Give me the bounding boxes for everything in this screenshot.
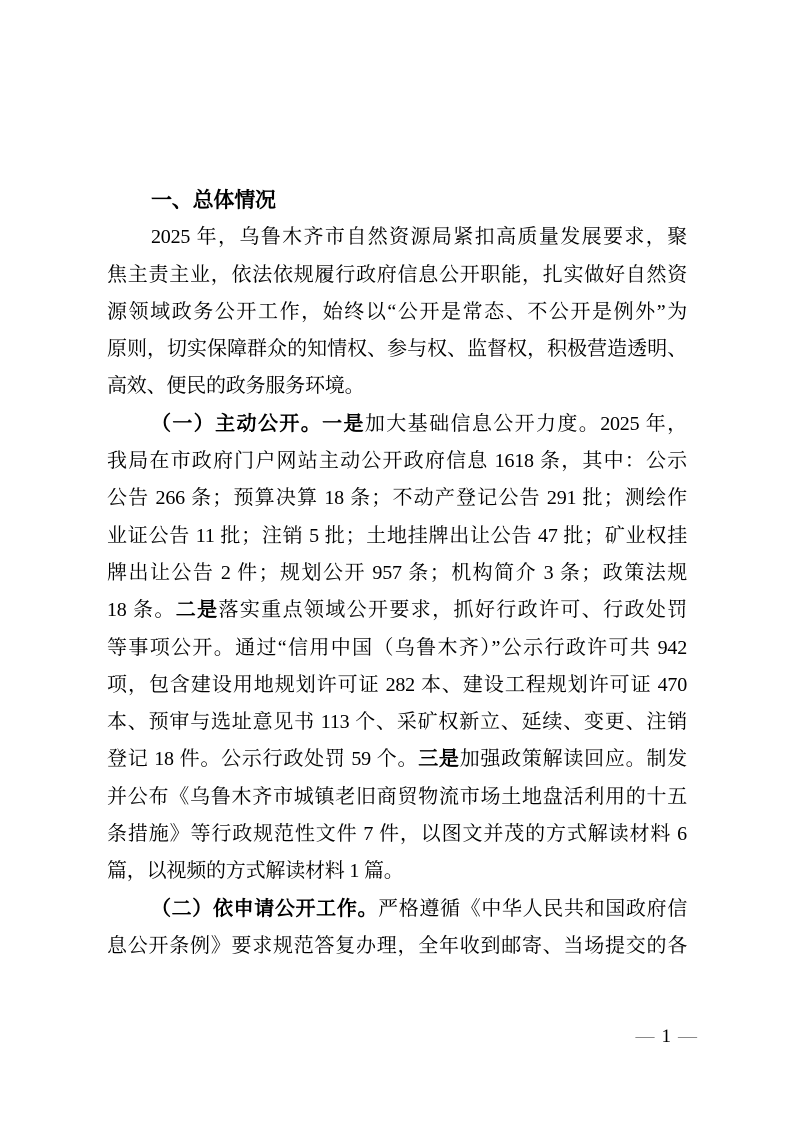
text-line: 18 条。二是落实重点领域公开要求，抓好行政许可、行政处罚 — [107, 592, 687, 629]
document-body: 一、总体情况 2025 年，乌鲁木齐市自然资源局紧扣高质量发展要求，聚 焦主责主… — [107, 182, 687, 965]
text-run: 18 条。 — [107, 599, 176, 621]
text-line: 高效、便民的政务服务环境。 — [107, 368, 687, 405]
page-number: 1 — [662, 1026, 672, 1047]
footer-dash-right: — — [678, 1026, 697, 1047]
bold-run: （一）主动公开。 — [151, 413, 322, 435]
text-line: 篇，以视频的方式解读材料 1 篇。 — [107, 853, 687, 890]
text-line: 我局在市政府门户网站主动公开政府信息 1618 条，其中：公示 — [107, 443, 687, 480]
text-line: 原则，切实保障群众的知情权、参与权、监督权，积极营造透明、 — [107, 331, 687, 368]
text-line: 公告 266 条；预算决算 18 条；不动产登记公告 291 批；测绘作 — [107, 480, 687, 517]
text-run: 落实重点领域公开要求，抓好行政许可、行政处罚 — [218, 599, 687, 621]
text-line: 条措施》等行政规范性文件 7 件，以图文并茂的方式解读材料 6 — [107, 816, 687, 853]
bold-run: 二是 — [176, 599, 219, 621]
text-line: 息公开条例》要求规范答复办理，全年收到邮寄、当场提交的各 — [107, 928, 687, 965]
text-line: （二）依申请公开工作。严格遵循《中华人民共和国政府信 — [107, 891, 687, 928]
text-line: 登记 18 件。公示行政处罚 59 个。三是加强政策解读回应。制发 — [107, 741, 687, 778]
text-line: 2025 年，乌鲁木齐市自然资源局紧扣高质量发展要求，聚 — [107, 219, 687, 256]
text-run: 加强政策解读回应。制发 — [460, 748, 687, 770]
text-run: 严格遵循《中华人民共和国政府信 — [378, 898, 687, 920]
text-line: 本、预审与选址意见书 113 个、采矿权新立、延续、变更、注销 — [107, 704, 687, 741]
text-run: 登记 18 件。公示行政处罚 59 个。 — [107, 748, 418, 770]
footer-dash-left: — — [636, 1026, 655, 1047]
page-footer: —1— — [636, 1026, 698, 1048]
text-line: 项，包含建设用地规划许可证 282 本、建设工程规划许可证 470 — [107, 667, 687, 704]
text-line: 源领域政务公开工作，始终以“公开是常态、不公开是例外”为 — [107, 294, 687, 331]
text-line: 等事项公开。通过“信用中国（乌鲁木齐）”公示行政许可共 942 — [107, 630, 687, 667]
text-line: 牌出让公告 2 件；规划公开 957 条；机构简介 3 条；政策法规 — [107, 555, 687, 592]
text-run: 加大基础信息公开力度。2025 年， — [365, 413, 687, 435]
section-heading: 一、总体情况 — [107, 182, 687, 219]
document-page: 一、总体情况 2025 年，乌鲁木齐市自然资源局紧扣高质量发展要求，聚 焦主责主… — [0, 0, 793, 1122]
bold-run: （二）依申请公开工作。 — [151, 898, 378, 920]
text-line: 业证公告 11 批；注销 5 批；土地挂牌出让公告 47 批；矿业权挂 — [107, 518, 687, 555]
bold-run: 三是 — [418, 748, 460, 770]
text-line: （一）主动公开。一是加大基础信息公开力度。2025 年， — [107, 406, 687, 443]
text-line: 焦主责主业，依法依规履行政府信息公开职能，扎实做好自然资 — [107, 257, 687, 294]
text-line: 并公布《乌鲁木齐市城镇老旧商贸物流市场土地盘活利用的十五 — [107, 779, 687, 816]
bold-run: 一是 — [322, 413, 365, 435]
